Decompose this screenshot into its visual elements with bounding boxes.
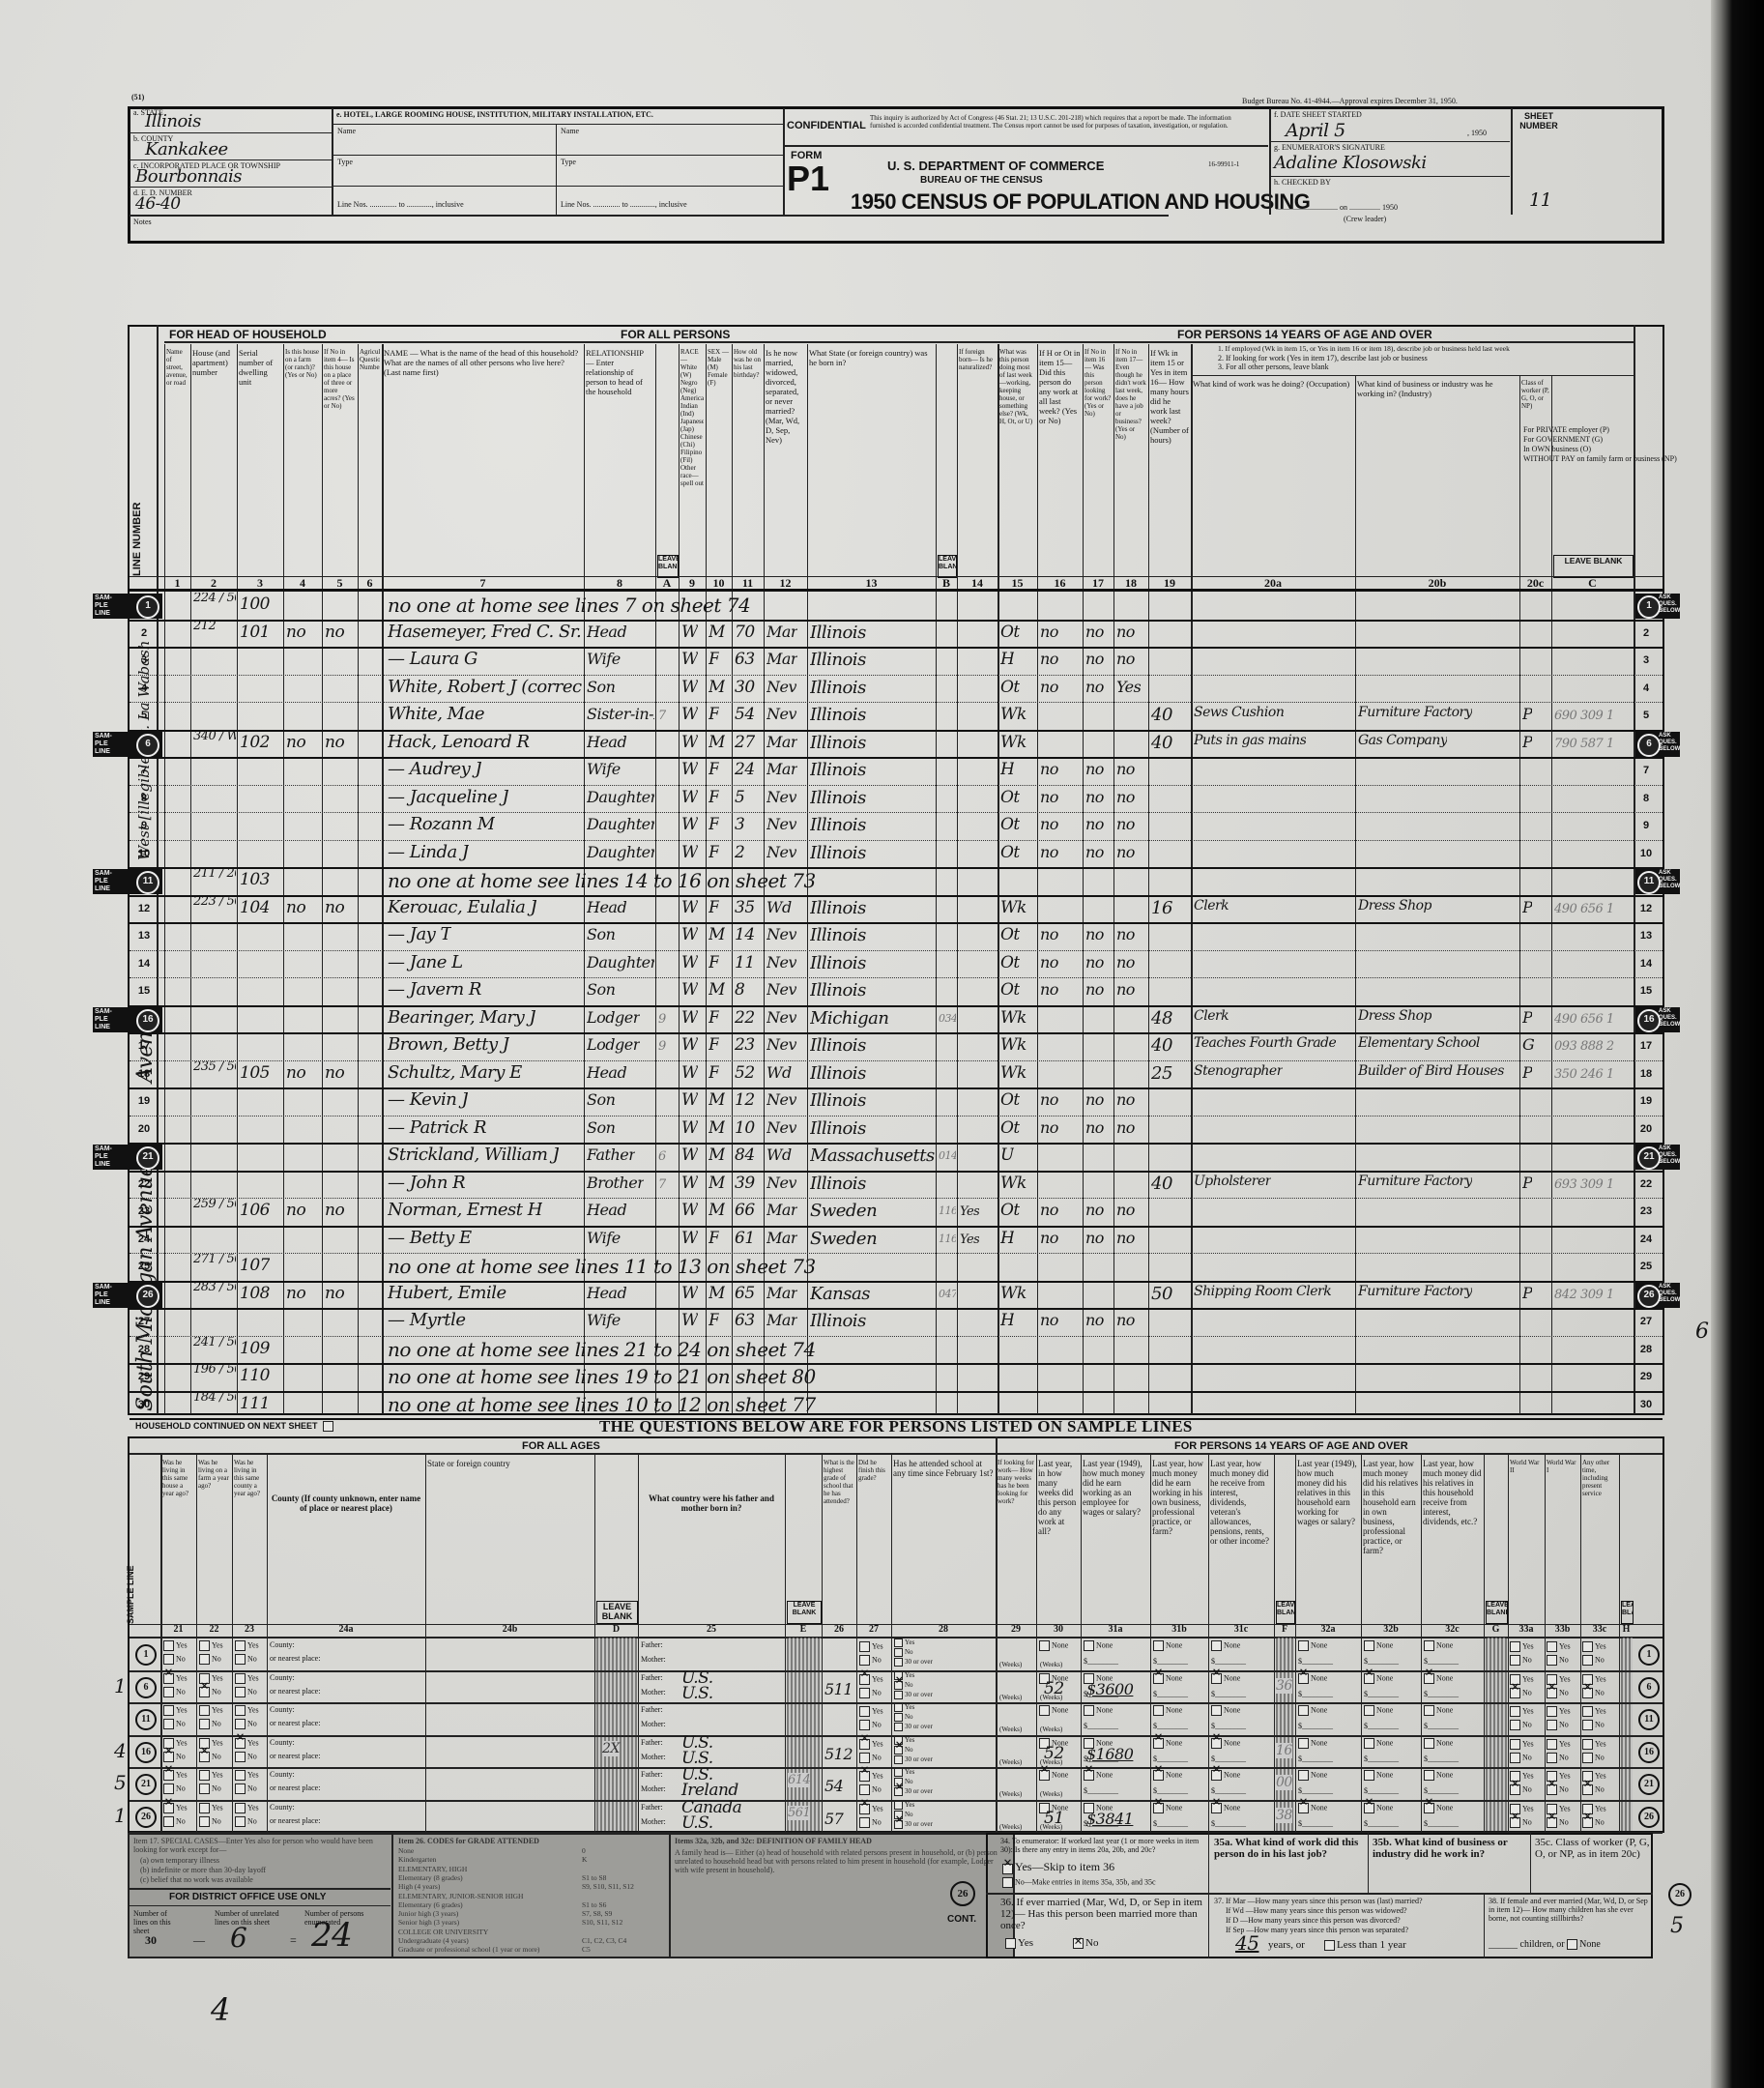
c28-box[interactable] xyxy=(894,1755,903,1764)
none-box[interactable] xyxy=(1424,1705,1434,1716)
none-box[interactable] xyxy=(1298,1640,1309,1651)
c27-yes[interactable]: Yes xyxy=(859,1706,883,1717)
none-box[interactable] xyxy=(1153,1770,1164,1781)
none-box[interactable] xyxy=(1153,1738,1164,1749)
sample-line-number: 1 xyxy=(136,595,159,619)
cell-cls: P xyxy=(1522,898,1532,916)
c27-no[interactable]: No xyxy=(859,1688,882,1698)
sample-column-header-26: What is the highest grade of school that… xyxy=(824,1459,854,1623)
military-c33b-no[interactable]: No xyxy=(1547,1655,1569,1666)
checkbox-c23-yes[interactable]: Yes xyxy=(235,1705,259,1716)
none-box[interactable] xyxy=(1039,1770,1050,1781)
c22-no-box[interactable] xyxy=(199,1752,210,1762)
person-name: — Rozann M xyxy=(388,814,495,834)
checkbox-c23-no[interactable]: No xyxy=(235,1816,257,1827)
checkbox-c22-yes[interactable]: Yes xyxy=(199,1770,223,1781)
none-checkbox-31c[interactable]: None xyxy=(1211,1803,1240,1813)
household-continued-checkbox[interactable] xyxy=(323,1421,333,1432)
none-checkbox-31c[interactable]: None xyxy=(1211,1705,1240,1716)
c23-yes-box[interactable] xyxy=(235,1640,246,1651)
c23-no-box[interactable] xyxy=(235,1816,246,1827)
checkbox-c21-yes[interactable]: Yes xyxy=(163,1640,188,1651)
c27-no[interactable]: No xyxy=(859,1784,882,1795)
c28-option[interactable]: 30 or over xyxy=(894,1691,933,1699)
c27-no[interactable]: No xyxy=(859,1817,882,1828)
none-checkbox-31a[interactable]: None xyxy=(1084,1770,1113,1781)
checkbox-c21-yes[interactable]: Yes xyxy=(163,1770,188,1781)
c28-option[interactable]: 30 or over xyxy=(894,1820,933,1829)
cell-c16: no xyxy=(1040,815,1058,833)
none-checkbox-32b[interactable]: None xyxy=(1364,1803,1393,1813)
none-checkbox-32a[interactable]: None xyxy=(1298,1738,1327,1749)
c23-no-box[interactable] xyxy=(235,1687,246,1697)
military-box[interactable] xyxy=(1510,1706,1520,1717)
c27-yes-box[interactable] xyxy=(859,1771,870,1782)
cell-c18: no xyxy=(1116,925,1135,943)
none-checkbox-32c[interactable]: None xyxy=(1424,1803,1453,1813)
cell-sex: M xyxy=(708,1145,725,1165)
military-box[interactable] xyxy=(1547,1739,1557,1750)
military-c33c-yes[interactable]: Yes xyxy=(1582,1706,1606,1717)
cell-c16: no xyxy=(1040,1311,1058,1329)
none-box[interactable] xyxy=(1298,1803,1309,1813)
cell-house: 235 / 50 xyxy=(193,1061,236,1073)
sample-column-header-28: Has he attended school at any time since… xyxy=(893,1459,994,1623)
q38-none-checkbox[interactable] xyxy=(1567,1939,1577,1950)
none-checkbox-31b[interactable]: None xyxy=(1153,1738,1182,1749)
none-checkbox-32a[interactable]: None xyxy=(1298,1803,1327,1813)
c27-no-box[interactable] xyxy=(859,1784,870,1795)
column-number-16: 16 xyxy=(1037,576,1083,591)
c22-no-box[interactable] xyxy=(199,1654,210,1665)
none-box[interactable] xyxy=(1364,1738,1374,1749)
none-checkbox-32b[interactable]: None xyxy=(1364,1673,1393,1684)
c21-no-box[interactable] xyxy=(163,1783,174,1794)
c28-option[interactable]: Yes xyxy=(894,1801,914,1810)
c22-yes-box[interactable] xyxy=(199,1803,210,1813)
none-checkbox-31b[interactable]: None xyxy=(1153,1770,1182,1781)
c22-no-box[interactable] xyxy=(199,1783,210,1794)
c27-yes[interactable]: Yes xyxy=(859,1641,883,1652)
none-box[interactable] xyxy=(1364,1673,1374,1684)
none-checkbox-32b[interactable]: None xyxy=(1364,1770,1393,1781)
q36-yes-checkbox[interactable] xyxy=(1005,1938,1016,1949)
military-box[interactable] xyxy=(1547,1784,1557,1795)
none-box[interactable] xyxy=(1364,1705,1374,1716)
grade-codes-title: Item 26. CODES for GRADE ATTENDED xyxy=(398,1837,539,1845)
column-number-14: 14 xyxy=(957,576,998,591)
none-box[interactable] xyxy=(1153,1673,1164,1684)
cell-sex: F xyxy=(708,1063,719,1083)
none-box[interactable] xyxy=(1153,1640,1164,1651)
none-checkbox-32a[interactable]: None xyxy=(1298,1770,1327,1781)
c23-no-box[interactable] xyxy=(235,1752,246,1762)
c28-option[interactable]: Yes xyxy=(894,1768,914,1777)
c28-box[interactable] xyxy=(894,1648,903,1657)
c28-box[interactable] xyxy=(894,1820,903,1829)
nearest-place-label: or nearest place: xyxy=(270,1783,320,1792)
form-id: P1 xyxy=(787,160,829,197)
line-number: 3 xyxy=(1635,654,1657,666)
c23-yes-box[interactable] xyxy=(235,1705,246,1716)
none-checkbox-31a[interactable]: None xyxy=(1084,1705,1113,1716)
military-box[interactable] xyxy=(1582,1688,1593,1698)
military-box[interactable] xyxy=(1547,1655,1557,1666)
c28-box[interactable] xyxy=(894,1681,903,1690)
special-case-b: (b) indefinite or more than 30-day layof… xyxy=(140,1866,266,1874)
none-box[interactable] xyxy=(1039,1640,1050,1651)
c28-option[interactable]: 30 or over xyxy=(894,1658,933,1667)
military-c33c-no[interactable]: No xyxy=(1582,1784,1605,1795)
military-c33a-no[interactable]: No xyxy=(1510,1753,1532,1763)
none-box[interactable] xyxy=(1153,1803,1164,1813)
military-box[interactable] xyxy=(1547,1720,1557,1730)
c27-yes[interactable]: Yes xyxy=(859,1804,883,1814)
none-checkbox-32b[interactable]: None xyxy=(1364,1705,1393,1716)
military-c33c-yes[interactable]: Yes xyxy=(1582,1641,1606,1652)
military-box[interactable] xyxy=(1547,1706,1557,1717)
none-checkbox-30[interactable]: None xyxy=(1039,1770,1068,1781)
c28-box[interactable] xyxy=(894,1787,903,1796)
military-c33a-no[interactable]: No xyxy=(1510,1720,1532,1730)
checkbox-c21-no[interactable]: No xyxy=(163,1752,186,1762)
none-box[interactable] xyxy=(1211,1673,1222,1684)
q34-yes-checkbox[interactable] xyxy=(1002,1864,1013,1874)
none-box[interactable] xyxy=(1424,1738,1434,1749)
none-box[interactable] xyxy=(1364,1803,1374,1813)
checkbox-c23-yes[interactable]: Yes xyxy=(235,1738,259,1749)
none-checkbox-31c[interactable]: None xyxy=(1211,1738,1240,1749)
checkbox-c22-no[interactable]: No xyxy=(199,1687,221,1697)
c23-yes-box[interactable] xyxy=(235,1673,246,1684)
none-checkbox-32c[interactable]: None xyxy=(1424,1640,1453,1651)
cell-age: 8 xyxy=(735,980,744,1000)
c22-yes-box[interactable] xyxy=(199,1705,210,1716)
cell-age: 11 xyxy=(735,953,755,972)
column-header-18: If No in item 17— Even though he didn't … xyxy=(1115,348,1146,572)
c21-no-box[interactable] xyxy=(163,1719,174,1729)
none-checkbox-31a[interactable]: None xyxy=(1084,1640,1113,1651)
checkbox-c22-no[interactable]: No xyxy=(199,1654,221,1665)
military-c33b-no[interactable]: No xyxy=(1547,1688,1569,1698)
military-c33b-no[interactable]: No xyxy=(1547,1753,1569,1763)
grade-code-value: S10, S11, S12 xyxy=(582,1918,622,1927)
military-box[interactable] xyxy=(1510,1655,1520,1666)
checkbox-c22-yes[interactable]: Yes xyxy=(199,1640,223,1651)
c28-box[interactable] xyxy=(894,1703,903,1712)
military-box[interactable] xyxy=(1547,1688,1557,1698)
military-box[interactable] xyxy=(1510,1720,1520,1730)
checkbox-c23-no[interactable]: No xyxy=(235,1719,257,1729)
grade-code-value: K xyxy=(582,1855,587,1864)
c28-option[interactable]: 30 or over xyxy=(894,1755,933,1764)
military-box[interactable] xyxy=(1547,1753,1557,1763)
code-e: 561 xyxy=(788,1806,810,1820)
none-box[interactable] xyxy=(1364,1770,1374,1781)
none-box[interactable] xyxy=(1424,1803,1434,1813)
ask-line-number: 6 xyxy=(1637,734,1661,757)
c22-no-box[interactable] xyxy=(199,1816,210,1827)
none-checkbox-32a[interactable]: None xyxy=(1298,1640,1327,1651)
c28-option[interactable]: No xyxy=(894,1681,913,1690)
c22-yes-box[interactable] xyxy=(199,1640,210,1651)
none-box[interactable] xyxy=(1211,1705,1222,1716)
cell-race: W xyxy=(681,1118,698,1138)
c21-yes-box[interactable] xyxy=(163,1705,174,1716)
c27-no-box[interactable] xyxy=(859,1753,870,1763)
none-checkbox-32b[interactable]: None xyxy=(1364,1640,1393,1651)
none-checkbox-32c[interactable]: None xyxy=(1424,1770,1453,1781)
c27-yes-box[interactable] xyxy=(859,1804,870,1814)
c27-yes[interactable]: Yes xyxy=(859,1771,883,1782)
military-box[interactable] xyxy=(1582,1739,1593,1750)
c28-option[interactable]: No xyxy=(894,1746,913,1754)
military-c33c-no[interactable]: No xyxy=(1582,1688,1605,1698)
military-box[interactable] xyxy=(1547,1641,1557,1652)
c21-yes-box[interactable] xyxy=(163,1770,174,1781)
c27-yes-box[interactable] xyxy=(859,1641,870,1652)
military-box[interactable] xyxy=(1510,1688,1520,1698)
military-box[interactable] xyxy=(1510,1817,1520,1828)
military-box[interactable] xyxy=(1582,1817,1593,1828)
none-box[interactable] xyxy=(1084,1705,1094,1716)
cell-mar: Mar xyxy=(766,760,797,778)
military-box[interactable] xyxy=(1582,1784,1593,1795)
none-checkbox-31b[interactable]: None xyxy=(1153,1640,1182,1651)
checkbox-c23-yes[interactable]: Yes xyxy=(235,1673,259,1684)
military-box[interactable] xyxy=(1582,1641,1593,1652)
weeks-label: (Weeks) xyxy=(999,1694,1022,1702)
military-box[interactable] xyxy=(1582,1753,1593,1763)
none-box[interactable] xyxy=(1039,1705,1050,1716)
none-checkbox-31c[interactable]: None xyxy=(1211,1673,1240,1684)
military-c33a-yes[interactable]: Yes xyxy=(1510,1739,1534,1750)
c27-yes[interactable]: Yes xyxy=(859,1739,883,1750)
none-box[interactable] xyxy=(1211,1738,1222,1749)
checkbox-c21-yes[interactable]: Yes xyxy=(163,1803,188,1813)
military-box[interactable] xyxy=(1510,1739,1520,1750)
military-box[interactable] xyxy=(1547,1817,1557,1828)
c28-option[interactable]: 30 or over xyxy=(894,1723,933,1731)
q37-less-checkbox[interactable] xyxy=(1324,1940,1335,1951)
c21-no-box[interactable] xyxy=(163,1816,174,1827)
none-box[interactable] xyxy=(1084,1770,1094,1781)
military-c33a-no[interactable]: No xyxy=(1510,1817,1532,1828)
checkbox-c21-no[interactable]: No xyxy=(163,1719,186,1729)
c22-no-box[interactable] xyxy=(199,1687,210,1697)
c27-no[interactable]: No xyxy=(859,1720,882,1730)
military-c33b-yes[interactable]: Yes xyxy=(1547,1706,1571,1717)
cell-occ: Stenographer xyxy=(1194,1063,1283,1079)
c28-box[interactable] xyxy=(894,1691,903,1699)
c28-option[interactable]: No xyxy=(894,1648,913,1657)
none-checkbox-32a[interactable]: None xyxy=(1298,1705,1327,1716)
line-number: 8 xyxy=(133,793,155,804)
c28-option[interactable]: No xyxy=(894,1713,913,1722)
none-checkbox-31b[interactable]: None xyxy=(1153,1673,1182,1684)
cell-age: 39 xyxy=(735,1174,755,1193)
column-number-3: 3 xyxy=(237,576,283,591)
line-number: 29 xyxy=(133,1371,155,1382)
c27-no-box[interactable] xyxy=(859,1655,870,1666)
c27-no[interactable]: No xyxy=(859,1753,882,1763)
checkbox-c22-no[interactable]: No xyxy=(199,1752,221,1762)
cell-codeC: 693 309 1 xyxy=(1554,1177,1614,1192)
none-box[interactable] xyxy=(1298,1705,1309,1716)
checkbox-c21-yes[interactable]: Yes xyxy=(163,1673,188,1684)
none-box[interactable] xyxy=(1298,1770,1309,1781)
military-c33b-yes[interactable]: Yes xyxy=(1547,1739,1571,1750)
none-box[interactable] xyxy=(1424,1770,1434,1781)
c23-yes-box[interactable] xyxy=(235,1770,246,1781)
c27-no-box[interactable] xyxy=(859,1688,870,1698)
c21-no-box[interactable] xyxy=(163,1654,174,1665)
c28-box[interactable] xyxy=(894,1638,903,1647)
c23-yes-box[interactable] xyxy=(235,1738,246,1749)
military-c33b-yes[interactable]: Yes xyxy=(1547,1641,1571,1652)
c28-option[interactable]: Yes xyxy=(894,1638,914,1647)
q36-no-checkbox[interactable] xyxy=(1073,1938,1084,1949)
military-box[interactable] xyxy=(1510,1753,1520,1763)
c21-no-box[interactable] xyxy=(163,1687,174,1697)
person-name: Hasemeyer, Fred C. Sr. xyxy=(388,622,581,642)
c21-yes-box[interactable] xyxy=(163,1640,174,1651)
checkbox-c21-no[interactable]: No xyxy=(163,1816,186,1827)
checkbox-c22-yes[interactable]: Yes xyxy=(199,1705,223,1716)
military-box[interactable] xyxy=(1510,1641,1520,1652)
none-checkbox-30[interactable]: None xyxy=(1039,1705,1068,1716)
none-checkbox-32c[interactable]: None xyxy=(1424,1673,1453,1684)
column-header-15: What was this person doing most of last … xyxy=(999,348,1035,572)
checkbox-c22-no[interactable]: No xyxy=(199,1719,221,1729)
checkbox-c22-no[interactable]: No xyxy=(199,1783,221,1794)
none-checkbox-31b[interactable]: None xyxy=(1153,1803,1182,1813)
checkbox-c21-no[interactable]: No xyxy=(163,1654,186,1665)
cell-race: W xyxy=(681,925,698,944)
c23-yes-box[interactable] xyxy=(235,1803,246,1813)
c23-no-box[interactable] xyxy=(235,1719,246,1729)
none-checkbox-30[interactable]: None xyxy=(1039,1640,1068,1651)
cell-race: W xyxy=(681,1145,698,1165)
military-box[interactable] xyxy=(1582,1720,1593,1730)
sample-persons-14: FOR PERSONS 14 YEARS OF AGE AND OVER xyxy=(1174,1440,1408,1452)
cell-sex: M xyxy=(708,1174,725,1193)
cell-c17: no xyxy=(1085,788,1104,806)
c28-box[interactable] xyxy=(894,1768,903,1777)
c28-box[interactable] xyxy=(894,1801,903,1810)
checkbox-c23-no[interactable]: No xyxy=(235,1752,257,1762)
c28-box[interactable] xyxy=(894,1658,903,1667)
none-box[interactable] xyxy=(1424,1640,1434,1651)
c27-no[interactable]: No xyxy=(859,1655,882,1666)
military-c33b-no[interactable]: No xyxy=(1547,1720,1569,1730)
military-c33c-no[interactable]: No xyxy=(1582,1655,1605,1666)
line-number: 14 xyxy=(1635,958,1657,970)
checkbox-c23-yes[interactable]: Yes xyxy=(235,1770,259,1781)
c27-yes-box[interactable] xyxy=(859,1739,870,1750)
none-checkbox-32c[interactable]: None xyxy=(1424,1705,1453,1716)
military-c33c-no[interactable]: No xyxy=(1582,1753,1605,1763)
checkbox-c21-no[interactable]: No xyxy=(163,1687,186,1697)
checkbox-c22-yes[interactable]: Yes xyxy=(199,1803,223,1813)
c27-yes[interactable]: Yes xyxy=(859,1674,883,1685)
c22-no-box[interactable] xyxy=(199,1719,210,1729)
c22-yes-box[interactable] xyxy=(199,1770,210,1781)
occupation-instruction-3: 3. For all other persons, leave blank xyxy=(1218,362,1329,371)
none-checkbox-31c[interactable]: None xyxy=(1211,1640,1240,1651)
checkbox-c21-no[interactable]: No xyxy=(163,1783,186,1794)
cell-c15: H xyxy=(1000,1311,1014,1330)
military-c33c-no[interactable]: No xyxy=(1582,1817,1605,1828)
cell-house: 211 / 20 xyxy=(193,868,236,880)
highest-grade: 511 xyxy=(824,1680,853,1698)
cell-rel: Daughter xyxy=(587,815,654,833)
c27-yes-box[interactable] xyxy=(859,1674,870,1685)
none-checkbox-31b[interactable]: None xyxy=(1153,1705,1182,1716)
military-c33b-no[interactable]: No xyxy=(1547,1784,1569,1795)
checkbox-c21-yes[interactable]: Yes xyxy=(163,1705,188,1716)
c21-no-box[interactable] xyxy=(163,1752,174,1762)
none-checkbox-32a[interactable]: None xyxy=(1298,1673,1327,1684)
none-box[interactable] xyxy=(1424,1673,1434,1684)
none-box[interactable] xyxy=(1211,1770,1222,1781)
military-box[interactable] xyxy=(1510,1784,1520,1795)
none-box[interactable] xyxy=(1084,1640,1094,1651)
none-box[interactable] xyxy=(1364,1640,1374,1651)
none-checkbox-31c[interactable]: None xyxy=(1211,1770,1240,1781)
checkbox-c23-yes[interactable]: Yes xyxy=(235,1640,259,1651)
none-box[interactable] xyxy=(1298,1673,1309,1684)
none-box[interactable] xyxy=(1211,1640,1222,1651)
military-c33a-yes[interactable]: Yes xyxy=(1510,1706,1534,1717)
c27-yes-box[interactable] xyxy=(859,1706,870,1717)
checkbox-c23-no[interactable]: No xyxy=(235,1687,257,1697)
military-c33c-no[interactable]: No xyxy=(1582,1720,1605,1730)
military-c33b-no[interactable]: No xyxy=(1547,1817,1569,1828)
q37-less-label: Less than 1 year xyxy=(1337,1939,1406,1951)
checkbox-c23-no[interactable]: No xyxy=(235,1783,257,1794)
checkbox-c23-no[interactable]: No xyxy=(235,1654,257,1665)
checkbox-c23-yes[interactable]: Yes xyxy=(235,1803,259,1813)
c21-yes-box[interactable] xyxy=(163,1803,174,1813)
c28-box[interactable] xyxy=(894,1723,903,1731)
c28-box[interactable] xyxy=(894,1746,903,1754)
c27-no-box[interactable] xyxy=(859,1720,870,1730)
military-c33a-yes[interactable]: Yes xyxy=(1510,1641,1534,1652)
military-box[interactable] xyxy=(1582,1655,1593,1666)
c27-no-box[interactable] xyxy=(859,1817,870,1828)
c21-yes-box[interactable] xyxy=(163,1673,174,1684)
none-box[interactable] xyxy=(1298,1738,1309,1749)
c23-no-box[interactable] xyxy=(235,1783,246,1794)
none-checkbox-32b[interactable]: None xyxy=(1364,1738,1393,1749)
c28-option[interactable]: Yes xyxy=(894,1703,914,1712)
c28-option[interactable]: 30 or over xyxy=(894,1787,933,1796)
c28-box[interactable] xyxy=(894,1713,903,1722)
none-box[interactable] xyxy=(1211,1803,1222,1813)
military-c33c-yes[interactable]: Yes xyxy=(1582,1739,1606,1750)
military-c33a-no[interactable]: No xyxy=(1510,1688,1532,1698)
c23-no-box[interactable] xyxy=(235,1654,246,1665)
military-c33a-no[interactable]: No xyxy=(1510,1784,1532,1795)
vacancy-note: no one at home see lines 11 to 13 on she… xyxy=(388,1255,1122,1278)
checkbox-c22-no[interactable]: No xyxy=(199,1816,221,1827)
military-box[interactable] xyxy=(1582,1706,1593,1717)
q34-no-checkbox[interactable] xyxy=(1002,1877,1013,1888)
military-c33a-no[interactable]: No xyxy=(1510,1655,1532,1666)
none-box[interactable] xyxy=(1153,1705,1164,1716)
none-checkbox-32c[interactable]: None xyxy=(1424,1738,1453,1749)
